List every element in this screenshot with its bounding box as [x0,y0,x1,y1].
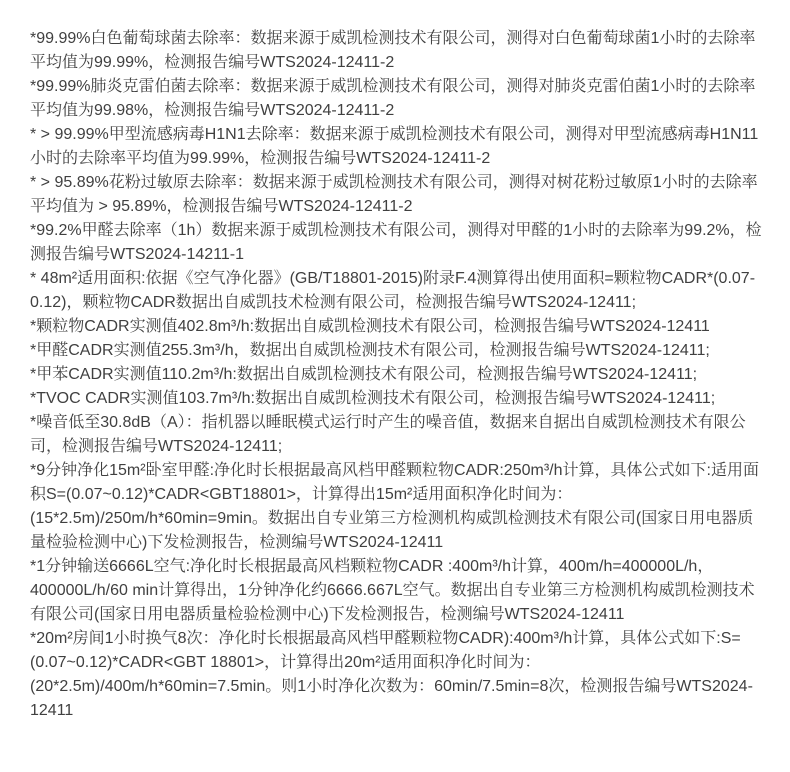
disclaimer-item-formaldehyde-removal: *99.2%甲醛去除率（1h）数据来源于威凯检测技术有限公司，测得对甲醛的1小时… [30,219,762,267]
disclaimer-item-formaldehyde-cadr: *甲醛CADR实测值255.3m³/h，数据出自威凯检测技术有限公司，检测报告编… [30,339,762,363]
disclaimer-item-applicable-area: * 48m²适用面积:依据《空气净化器》(GB/T18801-2015)附录F.… [30,267,762,315]
disclaimer-item-staph-removal: *99.99%白色葡萄球菌去除率：数据来源于威凯检测技术有限公司，测得对白色葡萄… [30,27,762,75]
disclaimer-item-air-delivery-per-minute: *1分钟输送6666L空气:净化时长根据最高风档颗粒物CADR :400m³/h… [30,555,762,627]
disclaimer-document: *99.99%白色葡萄球菌去除率：数据来源于威凯检测技术有限公司，测得对白色葡萄… [0,0,790,772]
disclaimer-item-9min-purify-bedroom: *9分钟净化15m²卧室甲醛:净化时长根据最高风档甲醛颗粒物CADR:250m³… [30,459,762,555]
disclaimer-item-tvoc-cadr: *TVOC CADR实测值103.7m³/h:数据出自威凯检测技术有限公司，检测… [30,387,762,411]
disclaimer-item-air-changes-per-hour: *20m²房间1小时换气8次：净化时长根据最高风档甲醛颗粒物CADR):400m… [30,627,762,723]
disclaimer-item-particulate-cadr: *颗粒物CADR实测值402.8m³/h:数据出自威凯检测技术有限公司，检测报告… [30,315,762,339]
disclaimer-item-toluene-cadr: *甲苯CADR实测值110.2m³/h:数据出自威凯检测技术有限公司，检测报告编… [30,363,762,387]
disclaimer-item-pollen-allergen-removal: * > 95.89%花粉过敏原去除率：数据来源于威凯检测技术有限公司，测得对树花… [30,171,762,219]
disclaimer-item-noise-level: *噪音低至30.8dB（A）：指机器以睡眠模式运行时产生的噪音值，数据来自据出自… [30,411,762,459]
disclaimer-item-h1n1-removal: * > 99.99%甲型流感病毒H1N1去除率：数据来源于威凯检测技术有限公司，… [30,123,762,171]
disclaimer-item-klebsiella-removal: *99.99%肺炎克雷伯菌去除率：数据来源于威凯检测技术有限公司，测得对肺炎克雷… [30,75,762,123]
